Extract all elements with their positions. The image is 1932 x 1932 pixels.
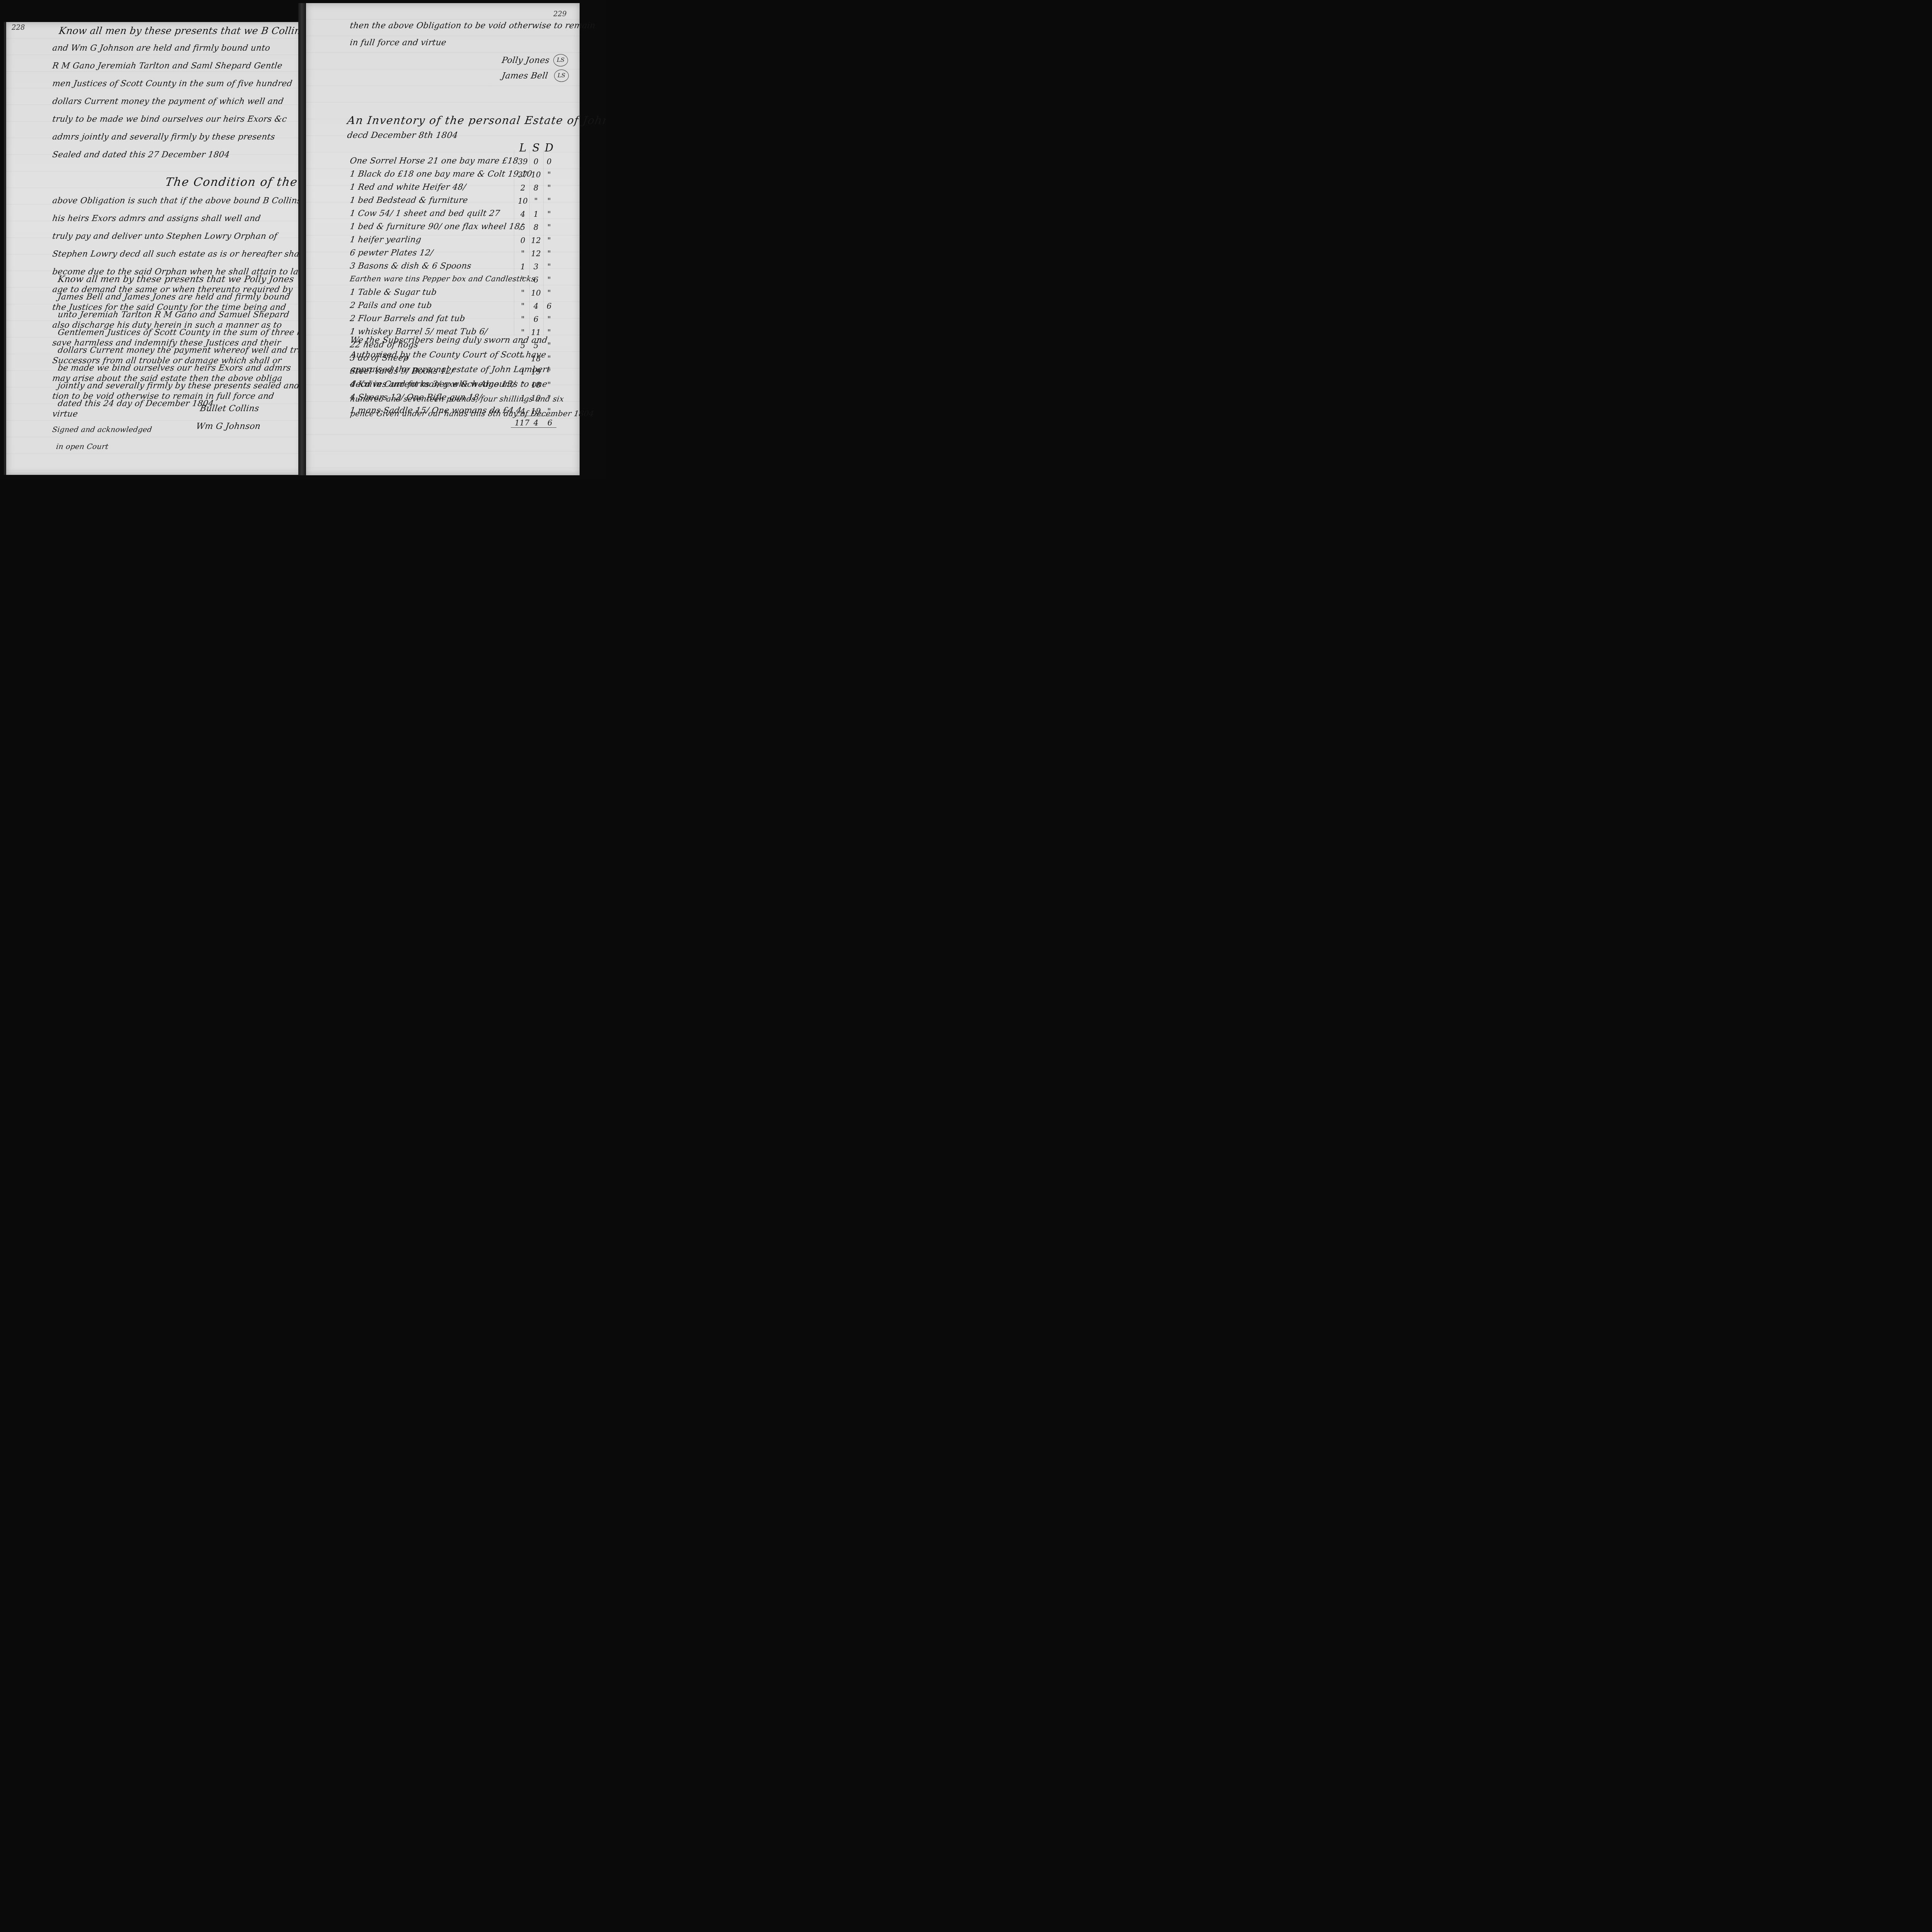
inventory-item: 6 pewter Plates 12/ — [349, 249, 434, 257]
bond-2-line: dollars Current money the payment whereo… — [57, 346, 322, 355]
appraisal-line: Authorised by the County Court of Scott … — [350, 351, 547, 359]
item-shillings: 3 — [529, 262, 543, 271]
appraisal-line: decd in Current money which Amounts to o… — [350, 380, 548, 389]
appraisal-line: appraised the personal estate of John La… — [350, 366, 551, 374]
acknowledged-line: Signed and acknowledged — [52, 426, 152, 434]
condition-1-line: his heirs Exors admrs and assigns shall … — [52, 214, 261, 223]
item-pence: " — [543, 170, 556, 179]
continuation-line: in full force and virtue — [349, 39, 447, 47]
inventory-title: An Inventory of the personal Estate of J… — [347, 115, 606, 126]
signature-wm-g-johnson: Wm G Johnson — [196, 422, 261, 431]
item-pounds: 10 — [516, 196, 529, 206]
item-pence: 0 — [543, 157, 556, 166]
item-shillings: 4 — [529, 301, 543, 311]
item-pounds: " — [516, 288, 529, 298]
seal-icon: LS — [553, 54, 568, 66]
inventory-item: 1 Red and white Heifer 48/ — [349, 183, 467, 192]
bond-2-line: Gentlemen Justices of Scott County in th… — [57, 328, 334, 337]
bond-1-line: and Wm G Johnson are held and firmly bou… — [52, 44, 271, 53]
total-pounds: 117 — [515, 418, 528, 427]
inventory-item: 1 Table & Sugar tub — [349, 288, 437, 297]
item-shillings: 6 — [529, 275, 543, 284]
item-pounds: 5 — [516, 223, 529, 232]
appraisal-line: We the Subscribers being duly sworn and … — [350, 336, 548, 345]
condition-1-line: Stephen Lowry decd all such estate as is… — [52, 250, 305, 259]
item-pounds: 1 — [516, 262, 529, 271]
bond-1-line: admrs jointly and severally firmly by th… — [52, 133, 276, 141]
item-pounds: " — [516, 301, 529, 311]
item-shillings: " — [529, 196, 543, 206]
bond-1-line: R M Gano Jeremiah Tarlton and Saml Shepa… — [52, 62, 283, 70]
inventory-item: 1 Black do £18 one bay mare & Colt 19.10 — [349, 170, 533, 179]
item-shillings: 10 — [529, 170, 543, 179]
bond-2-line: jointly and severally firmly by these pr… — [57, 382, 300, 390]
condition-1-line: truly pay and deliver unto Stephen Lowry… — [52, 232, 278, 241]
item-pounds: " — [516, 315, 529, 324]
item-pence: " — [543, 249, 556, 258]
item-pence: " — [543, 262, 556, 271]
item-pounds: " — [516, 275, 529, 284]
column-header-pence: D — [543, 141, 556, 154]
appraisal-line: hundred and seventeen pounds, four shill… — [350, 395, 565, 403]
item-pence: 6 — [543, 301, 556, 311]
folio-number-left: 228 — [12, 24, 25, 32]
item-shillings: 0 — [529, 157, 543, 166]
total-rule — [511, 427, 556, 428]
total-shillings: 4 — [529, 418, 543, 427]
signature-james-bell: James Bell — [501, 72, 548, 80]
condition-1-heading: The Condition of the — [165, 177, 298, 188]
item-pounds: 2 — [516, 183, 529, 192]
inventory-item: 1 bed Bedstead & furniture — [349, 196, 468, 205]
item-pence: " — [543, 275, 556, 284]
acknowledged-line: in open Court — [56, 443, 109, 451]
bond-2-line: be made we bind ourselves our heirs Exor… — [57, 364, 292, 372]
continuation-line: then the above Obligation to be void oth… — [349, 22, 596, 30]
bond-2-line: Know all men by these presents that we P… — [57, 275, 294, 284]
item-pence: " — [543, 209, 556, 219]
item-pence: " — [543, 236, 556, 245]
folio-number-right: 229 — [553, 10, 566, 18]
bond-1-line: dollars Current money the payment of whi… — [52, 97, 284, 106]
bond-2-line: dated this 24 day of December 1804 — [57, 400, 214, 408]
item-shillings: 12 — [529, 249, 543, 258]
column-header-shillings: S — [529, 141, 543, 154]
item-shillings: 12 — [529, 236, 543, 245]
inventory-item: Earthen ware tins Pepper box and Candles… — [349, 275, 536, 283]
item-pounds: 0 — [516, 236, 529, 245]
bond-1-line: truly to be made we bind ourselves our h… — [52, 115, 287, 124]
item-pounds: 37 — [516, 170, 529, 179]
item-pence: " — [543, 223, 556, 232]
inventory-item: 2 Pails and one tub — [349, 301, 432, 310]
item-shillings: 8 — [529, 183, 543, 192]
item-shillings: 6 — [529, 315, 543, 324]
item-pence: " — [543, 183, 556, 192]
inventory-item: 2 Flour Barrels and fat tub — [349, 315, 466, 323]
condition-1-line: above Obligation is such that if the abo… — [52, 197, 302, 205]
item-pence: " — [543, 288, 556, 298]
inventory-item: 1 heifer yearling — [349, 236, 422, 244]
item-pounds: " — [516, 249, 529, 258]
inventory-item: 1 bed & furniture 90/ one flax wheel 18/ — [349, 223, 523, 231]
signature-polly-jones: Polly Jones — [501, 56, 550, 65]
item-pence: " — [543, 315, 556, 324]
inventory-item: 3 Basons & dish & 6 Spoons — [349, 262, 472, 270]
item-shillings: 8 — [529, 223, 543, 232]
seal-icon: LS — [554, 70, 569, 82]
bond-1-line: Know all men by these presents that we B… — [58, 26, 306, 36]
inventory-item: 1 whiskey Barrel 5/ meat Tub 6/ — [349, 328, 488, 336]
item-shillings: 10 — [529, 288, 543, 298]
condition-1-line: virtue — [52, 410, 78, 418]
item-shillings: 1 — [529, 209, 543, 219]
column-header-pounds: L — [516, 141, 529, 154]
book-gutter — [298, 3, 307, 475]
item-pounds: 39 — [516, 157, 529, 166]
bond-2-line: James Bell and James Jones are held and … — [57, 293, 291, 301]
bond-2-line: unto Jeremiah Tarlton R M Gano and Samue… — [57, 311, 290, 319]
inventory-item: One Sorrel Horse 21 one bay mare £18 — [349, 157, 519, 165]
item-pence: " — [543, 196, 556, 206]
bond-1-line: men Justices of Scott County in the sum … — [52, 80, 293, 88]
total-pence: 6 — [543, 418, 556, 427]
item-pounds: 4 — [516, 209, 529, 219]
inventory-item: 1 Cow 54/ 1 sheet and bed quilt 27 — [349, 209, 500, 218]
inventory-subtitle: decd December 8th 1804 — [347, 131, 458, 140]
bond-1-line: Sealed and dated this 27 December 1804 — [52, 151, 230, 159]
right-page: 229 then the above Obligation to be void… — [306, 3, 580, 475]
appraisal-line: pence Given under our hands this 8th day… — [350, 410, 595, 417]
